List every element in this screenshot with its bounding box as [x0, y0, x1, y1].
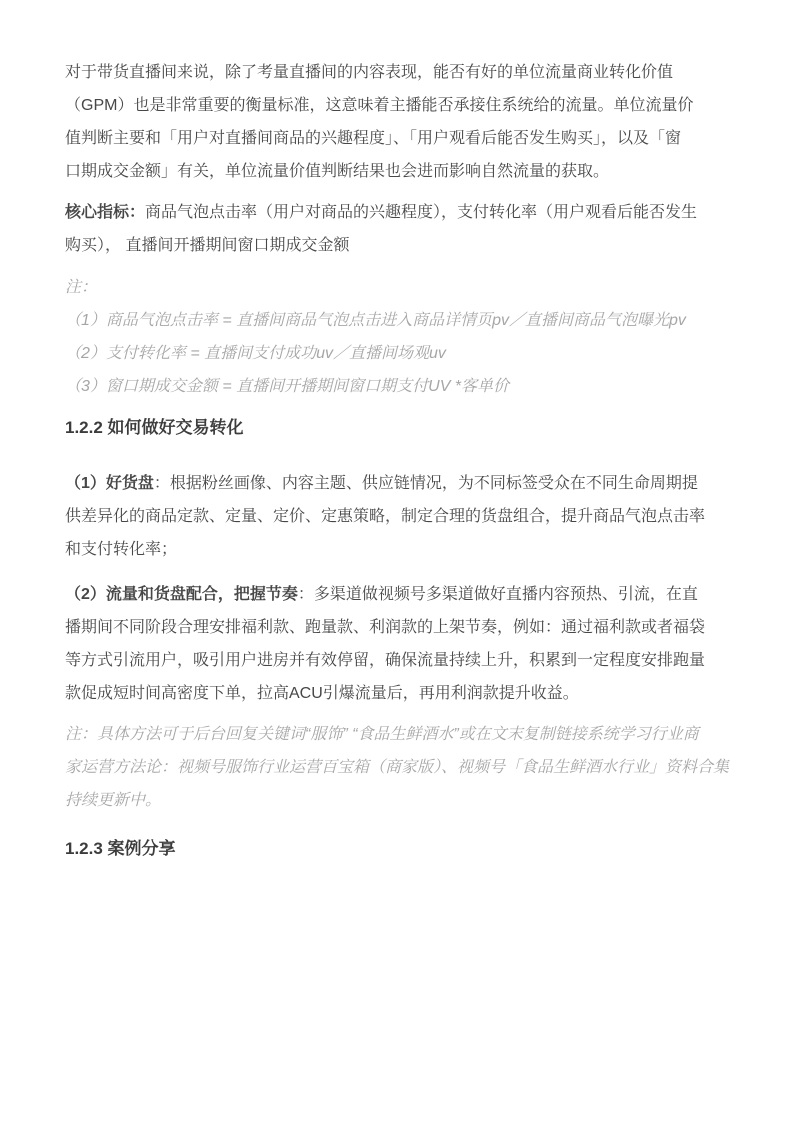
note-formula-window-gmv: （3）窗口期成交金额 = 直播间开播期间窗口期支付UV *客单价	[65, 370, 729, 403]
core-metrics-label: 核心指标：	[65, 204, 145, 221]
good-goods-text: ：根据粉丝画像、内容主题、供应链情况，为不同标签受众在不同生命周期提 供差异化的…	[65, 475, 705, 558]
note-metric-definitions: 注： （1）商品气泡点击率 = 直播间商品气泡点击进入商品详情页pv／直播间商品…	[65, 271, 729, 403]
heading-1-2-3-case-sharing: 1.2.3 案例分享	[65, 836, 729, 862]
note-formula-bubble-ctr: （1）商品气泡点击率 = 直播间商品气泡点击进入商品详情页pv／直播间商品气泡曝…	[65, 304, 729, 337]
paragraph-traffic-pacing: （2）流量和货盘配合，把握节奏：多渠道做视频号多渠道做好直播内容预热、引流，在直…	[65, 578, 729, 710]
good-goods-label: （1）好货盘	[65, 475, 154, 492]
heading-1-2-2-transaction-conversion: 1.2.2 如何做好交易转化	[65, 415, 729, 441]
note-title: 注：	[65, 271, 729, 304]
paragraph-gpm-intro: 对于带货直播间来说，除了考量直播间的内容表现，能否有好的单位流量商业转化价值 （…	[65, 56, 729, 188]
traffic-pacing-text: ：多渠道做视频号多渠道做好直播内容预热、引流，在直 播期间不同阶段合理安排福利款…	[65, 586, 705, 702]
note-formula-pay-cvr: （2）支付转化率 = 直播间支付成功uv／直播间场观uv	[65, 337, 729, 370]
paragraph-good-goods: （1）好货盘：根据粉丝画像、内容主题、供应链情况，为不同标签受众在不同生命周期提…	[65, 467, 729, 566]
traffic-pacing-label: （2）流量和货盘配合，把握节奏	[65, 586, 298, 603]
core-metrics-text: 商品气泡点击率（用户对商品的兴趣程度），支付转化率（用户观看后能否发生 购买），…	[65, 204, 697, 254]
document-page: 对于带货直播间来说，除了考量直播间的内容表现，能否有好的单位流量商业转化价值 （…	[0, 0, 793, 1122]
note-industry-methodology: 注：具体方法可于后台回复关键词“服饰” “食品生鲜酒水”或在文末复制链接系统学习…	[65, 718, 729, 817]
paragraph-core-metrics: 核心指标：商品气泡点击率（用户对商品的兴趣程度），支付转化率（用户观看后能否发生…	[65, 196, 729, 262]
